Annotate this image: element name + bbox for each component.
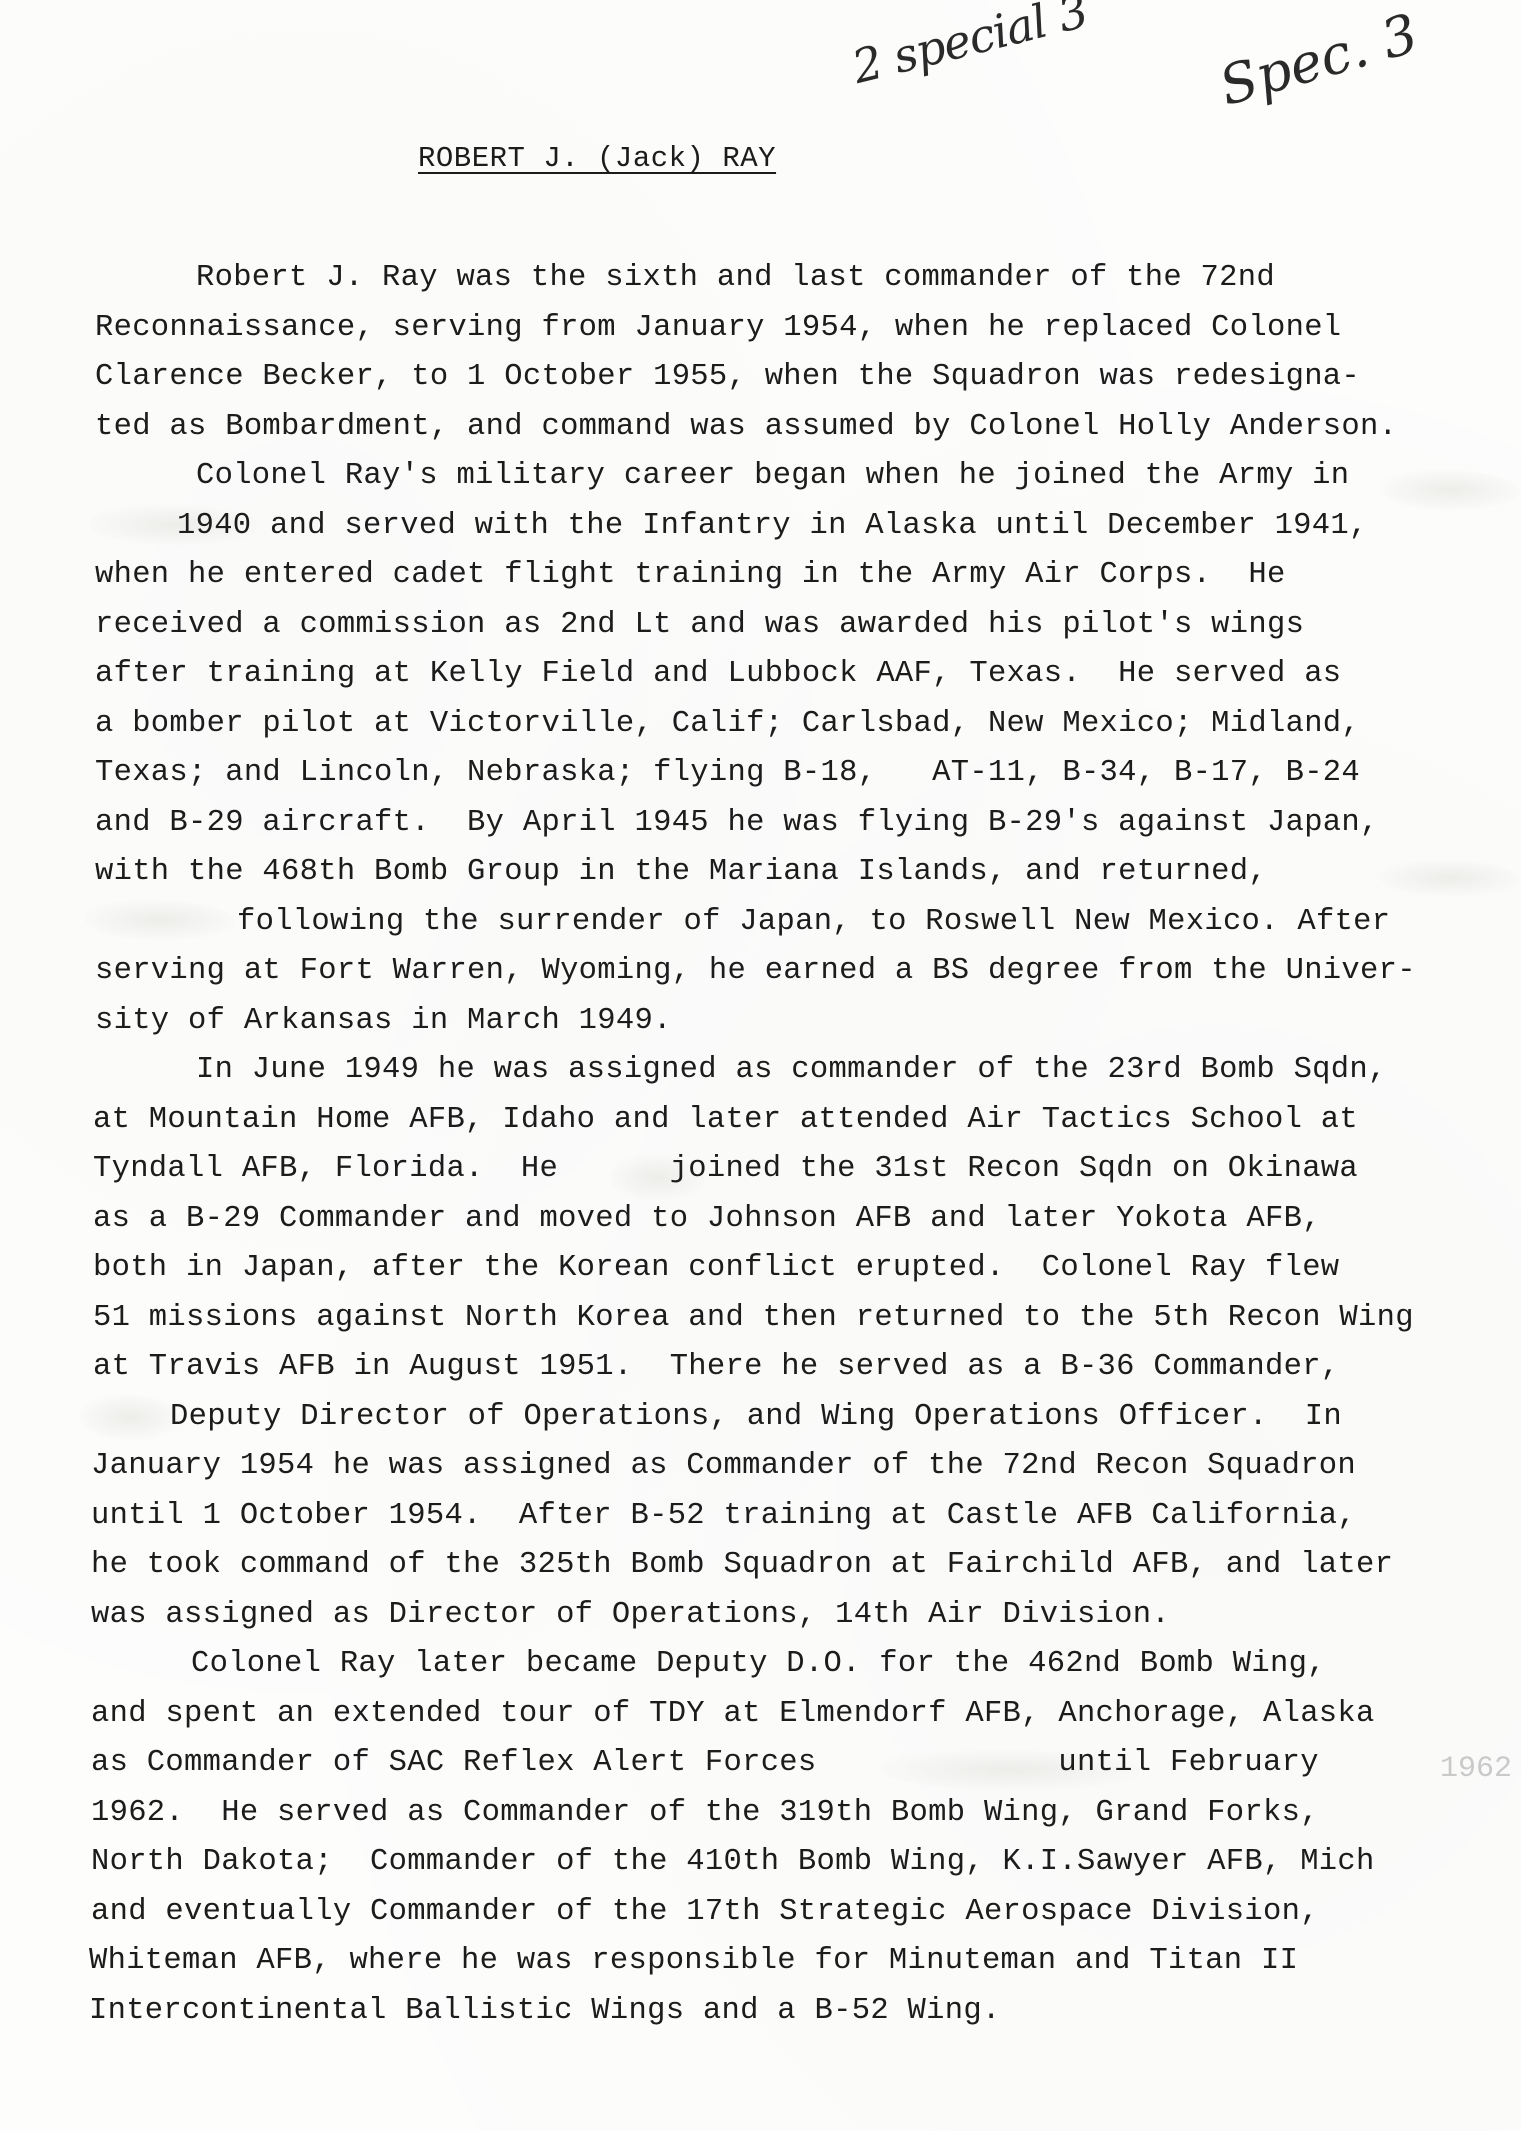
text-line: Intercontinental Ballistic Wings and a B… xyxy=(89,1996,1001,2027)
text-line: and eventually Commander of the 17th Str… xyxy=(91,1897,1319,1928)
text-line: and spent an extended tour of TDY at Elm… xyxy=(91,1699,1375,1730)
text-line: both in Japan, after the Korean conflict… xyxy=(93,1253,1339,1284)
faint-margin-year: 1962 xyxy=(1440,1752,1512,1786)
text-line: 51 missions against North Korea and then… xyxy=(93,1303,1414,1334)
text-line: Reconnaissance, serving from January 195… xyxy=(95,313,1341,344)
text-line: a bomber pilot at Victorville, Calif; Ca… xyxy=(95,709,1360,740)
text-line: January 1954 he was assigned as Commande… xyxy=(91,1451,1356,1482)
text-line: was assigned as Director of Operations, … xyxy=(91,1600,1170,1631)
text-line: Deputy Director of Operations, and Wing … xyxy=(170,1402,1342,1433)
text-line: as Commander of SAC Reflex Alert Forces … xyxy=(91,1748,1319,1779)
document-page: 2 special 3 Spec. 3 ROBERT J. (Jack) RAY… xyxy=(0,0,1521,2131)
text-line: 1940 and served with the Infantry in Ala… xyxy=(177,511,1368,542)
text-line: at Mountain Home AFB, Idaho and later at… xyxy=(93,1105,1358,1136)
text-line: Texas; and Lincoln, Nebraska; flying B-1… xyxy=(95,758,1360,789)
text-line: 1962. He served as Commander of the 319t… xyxy=(91,1798,1319,1829)
text-line: as a B-29 Commander and moved to Johnson… xyxy=(93,1204,1321,1235)
text-line: Tyndall AFB, Florida. He joined the 31st… xyxy=(93,1154,1358,1185)
text-line: Whiteman AFB, where he was responsible f… xyxy=(89,1946,1298,1977)
handwritten-annotation-top-right: Spec. 3 xyxy=(1213,2,1425,118)
text-line: serving at Fort Warren, Wyoming, he earn… xyxy=(95,956,1416,987)
text-line: Robert J. Ray was the sixth and last com… xyxy=(196,263,1275,294)
text-line: at Travis AFB in August 1951. There he s… xyxy=(93,1352,1339,1383)
text-line: with the 468th Bomb Group in the Mariana… xyxy=(95,857,1267,888)
text-line: sity of Arkansas in March 1949. xyxy=(95,1006,672,1037)
whiteout-mark xyxy=(1380,860,1520,896)
text-line: Colonel Ray's military career began when… xyxy=(196,461,1349,492)
text-line: Clarence Becker, to 1 October 1955, when… xyxy=(95,362,1360,393)
text-line: North Dakota; Commander of the 410th Bom… xyxy=(91,1847,1375,1878)
whiteout-mark xyxy=(1380,470,1520,510)
text-line: Colonel Ray later became Deputy D.O. for… xyxy=(191,1649,1326,1680)
text-line: until 1 October 1954. After B-52 trainin… xyxy=(91,1501,1356,1532)
text-line: when he entered cadet flight training in… xyxy=(95,560,1286,591)
text-line: In June 1949 he was assigned as commande… xyxy=(196,1055,1387,1086)
document-title: ROBERT J. (Jack) RAY xyxy=(418,142,776,175)
text-line: received a commission as 2nd Lt and was … xyxy=(95,610,1304,641)
text-line: ted as Bombardment, and command was assu… xyxy=(95,412,1397,443)
text-line: and B-29 aircraft. By April 1945 he was … xyxy=(95,808,1379,839)
whiteout-mark xyxy=(80,1395,180,1440)
whiteout-mark xyxy=(85,900,235,940)
text-line: after training at Kelly Field and Lubboc… xyxy=(95,659,1341,690)
handwritten-annotation-top: 2 special 3 xyxy=(847,0,1093,94)
text-line: following the surrender of Japan, to Ros… xyxy=(237,907,1390,938)
text-line: he took command of the 325th Bomb Squadr… xyxy=(91,1550,1393,1581)
